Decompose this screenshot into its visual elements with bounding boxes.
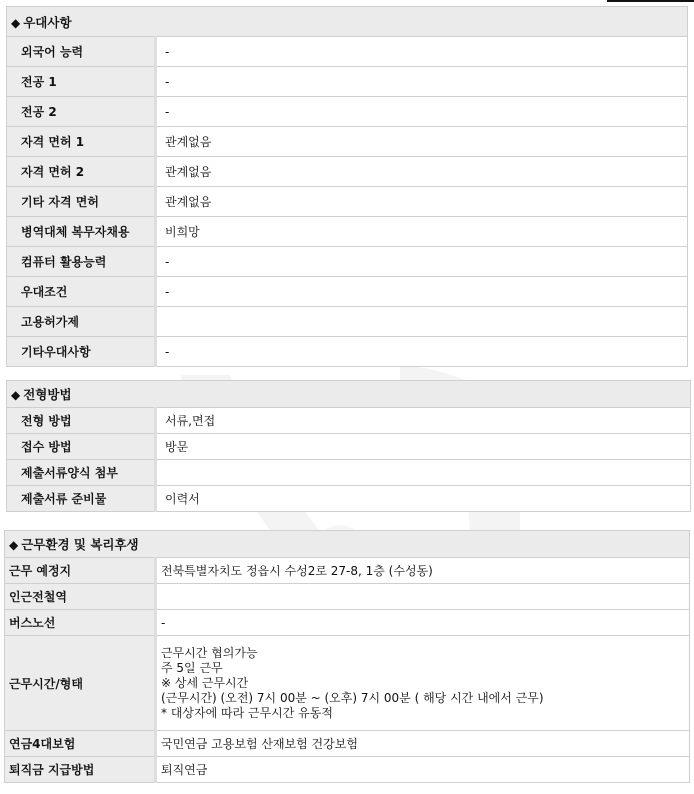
row-label: 연금4대보험 (5, 731, 156, 757)
row-value: 국민연금 고용보험 산재보험 건강보험 (156, 731, 690, 757)
row-label: 버스노선 (5, 610, 156, 636)
row-value: - (156, 247, 688, 277)
selection-method-table: ◆전형방법 전형 방법서류,면접 접수 방법방문 제출서류양식 첨부 제출서류 … (6, 380, 691, 512)
diamond-bullet-icon: ◆ (11, 16, 20, 30)
row-label: 제출서류 준비물 (7, 486, 156, 512)
table-row: 우대조건- (7, 277, 688, 307)
row-value: 퇴직연금 (156, 757, 690, 783)
row-label: 제출서류양식 첨부 (7, 460, 156, 486)
row-label: 전형 방법 (7, 408, 156, 434)
row-label: 우대조건 (7, 277, 156, 307)
row-value: - (156, 337, 688, 367)
row-value: 관계없음 (156, 127, 688, 157)
table-row: 근무시간/형태 근무시간 협의가능 주 5일 근무 ※ 상세 근무시간 (근무시… (5, 636, 690, 731)
work-hours-line: 주 5일 근무 (161, 661, 689, 676)
row-label: 근무 예정지 (5, 558, 156, 584)
row-value: 전북특별자치도 정읍시 수성2로 27-8, 1층 (수성동) (156, 558, 690, 584)
section-title: 근무환경 및 복리후생 (21, 537, 138, 552)
row-label: 전공 2 (7, 97, 156, 127)
row-label: 인근전철역 (5, 584, 156, 610)
row-value (156, 307, 688, 337)
table-row: 전공 2- (7, 97, 688, 127)
row-value: 방문 (156, 434, 691, 460)
row-label: 고용허가제 (7, 307, 156, 337)
section-title: 우대사항 (23, 15, 71, 30)
work-hours-line: ※ 상세 근무시간 (161, 676, 689, 691)
section-header-preferences: ◆우대사항 (7, 7, 688, 37)
row-value: - (156, 97, 688, 127)
row-label: 병역대체 복무자채용 (7, 217, 156, 247)
row-value: - (156, 610, 690, 636)
row-value: 비희망 (156, 217, 688, 247)
table-row: 병역대체 복무자채용비희망 (7, 217, 688, 247)
table-row: 전공 1- (7, 67, 688, 97)
workplace-benefits-table: ◆근무환경 및 복리후생 근무 예정지전북특별자치도 정읍시 수성2로 27-8… (4, 530, 690, 783)
preferences-table: ◆우대사항 외국어 능력- 전공 1- 전공 2- 자격 면허 1관계없음 자격… (6, 6, 688, 367)
row-label: 외국어 능력 (7, 37, 156, 67)
table-row: 제출서류양식 첨부 (7, 460, 691, 486)
table-row: 인근전철역 (5, 584, 690, 610)
section-header-selection: ◆전형방법 (7, 381, 691, 408)
diamond-bullet-icon: ◆ (11, 388, 20, 402)
row-label: 접수 방법 (7, 434, 156, 460)
row-value: 관계없음 (156, 157, 688, 187)
row-label: 컴퓨터 활용능력 (7, 247, 156, 277)
table-row: 자격 면허 2관계없음 (7, 157, 688, 187)
row-value (156, 584, 690, 610)
section-title: 전형방법 (23, 387, 71, 402)
diamond-bullet-icon: ◆ (9, 538, 18, 552)
row-label: 근무시간/형태 (5, 636, 156, 731)
work-hours-line: * 대상자에 따라 근무시간 유동적 (161, 706, 689, 721)
row-value (156, 460, 691, 486)
row-label: 자격 면허 1 (7, 127, 156, 157)
table-row: 퇴직금 지급방법퇴직연금 (5, 757, 690, 783)
table-row: 자격 면허 1관계없음 (7, 127, 688, 157)
table-row: 제출서류 준비물이력서 (7, 486, 691, 512)
row-value: - (156, 37, 688, 67)
row-value: 관계없음 (156, 187, 688, 217)
table-row: 기타우대사항- (7, 337, 688, 367)
table-row: 외국어 능력- (7, 37, 688, 67)
table-row: 연금4대보험국민연금 고용보험 산재보험 건강보험 (5, 731, 690, 757)
work-hours-value: 근무시간 협의가능 주 5일 근무 ※ 상세 근무시간 (근무시간) (오전) … (156, 636, 690, 731)
work-hours-line: (근무시간) (오전) 7시 00분 ~ (오후) 7시 00분 ( 해당 시간… (161, 691, 689, 706)
row-label: 전공 1 (7, 67, 156, 97)
row-label: 퇴직금 지급방법 (5, 757, 156, 783)
row-value: - (156, 67, 688, 97)
row-label: 자격 면허 2 (7, 157, 156, 187)
row-value: 서류,면접 (156, 408, 691, 434)
work-hours-line: 근무시간 협의가능 (161, 646, 689, 661)
table-row: 기타 자격 면허관계없음 (7, 187, 688, 217)
table-row: 접수 방법방문 (7, 434, 691, 460)
row-label: 기타우대사항 (7, 337, 156, 367)
table-row: 전형 방법서류,면접 (7, 408, 691, 434)
row-value: 이력서 (156, 486, 691, 512)
table-row: 컴퓨터 활용능력- (7, 247, 688, 277)
row-label: 기타 자격 면허 (7, 187, 156, 217)
table-row: 근무 예정지전북특별자치도 정읍시 수성2로 27-8, 1층 (수성동) (5, 558, 690, 584)
row-value: - (156, 277, 688, 307)
section-header-workplace: ◆근무환경 및 복리후생 (5, 531, 690, 558)
top-tab-edge (607, 0, 694, 2)
table-row: 고용허가제 (7, 307, 688, 337)
table-row: 버스노선- (5, 610, 690, 636)
